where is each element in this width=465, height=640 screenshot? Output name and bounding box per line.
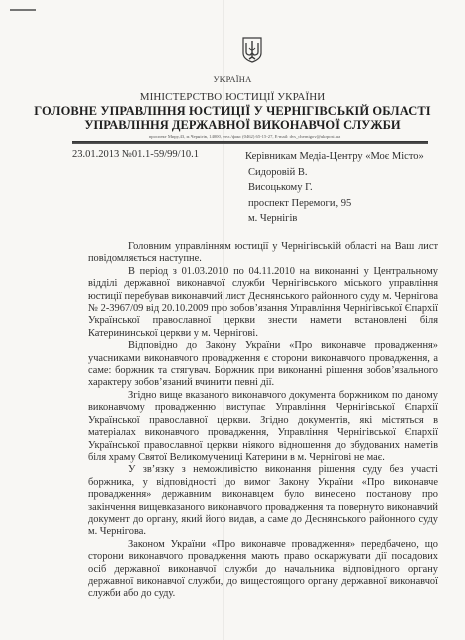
- country-name: УКРАЇНА: [0, 74, 465, 84]
- document-page: УКРАЇНА МІНІСТЕРСТВО ЮСТИЦІЇ УКРАЇНИ ГОЛ…: [0, 0, 465, 640]
- header-divider: [72, 141, 428, 144]
- body-paragraph: Відповідно до Закону України «Про викона…: [88, 340, 438, 390]
- addressee-line: Сидоровій В.: [245, 165, 424, 181]
- scan-mark: [10, 9, 36, 11]
- body-paragraph: В період з 01.03.2010 по 04.11.2010 на в…: [88, 266, 438, 340]
- addressee-line: проспект Перемоги, 95: [245, 196, 424, 212]
- addressee-line: Керівникам Медіа-Центру «Моє Місто»: [245, 149, 424, 165]
- organization-name: ГОЛОВНЕ УПРАВЛІННЯ ЮСТИЦІЇ У ЧЕРНІГІВСЬК…: [0, 104, 465, 119]
- trident-coat-of-arms-icon: [242, 37, 262, 63]
- body-paragraph: Головним управлінням юстиції у Чернігівс…: [88, 241, 438, 266]
- body-paragraph: Згідно вище вказаного виконавчого докуме…: [88, 390, 438, 464]
- ministry-name: МІНІСТЕРСТВО ЮСТИЦІЇ УКРАЇНИ: [0, 91, 465, 103]
- letter-body: Головним управлінням юстиції у Чернігівс…: [88, 241, 438, 601]
- department-name: УПРАВЛІННЯ ДЕРЖАВНОЇ ВИКОНАВЧОЇ СЛУЖБИ: [0, 118, 465, 133]
- body-paragraph: Законом України «Про виконавче проваджен…: [88, 539, 438, 601]
- addressee-line: Висоцькому Г.: [245, 180, 424, 196]
- addressee-block: Керівникам Медіа-Центру «Моє Місто» Сидо…: [245, 149, 424, 227]
- contact-info: проспект Миру,43, м.Чернігів, 14000, тел…: [0, 134, 465, 139]
- body-paragraph: У зв’язку з неможливістю виконання рішен…: [88, 464, 438, 538]
- reference-number: 23.01.2013 №01.1-59/99/10.1: [72, 149, 199, 160]
- addressee-line: м. Чернігів: [245, 211, 424, 227]
